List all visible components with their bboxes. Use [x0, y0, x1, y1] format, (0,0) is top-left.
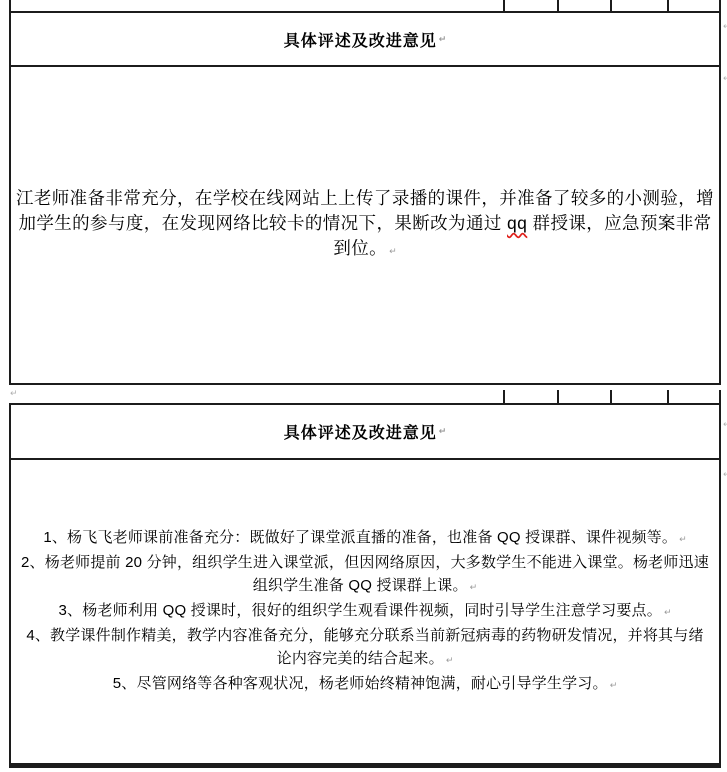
table2-body-line-5: 4、教学课件制作精美，教学内容准备充分，能够充分联系当前新冠病毒的药物研发情况，…	[26, 624, 703, 647]
comment-table-2: 具体评述及改进意见↵ 1、杨飞飞老师课前准备充分：既做好了课堂派直播的准备，也准…	[9, 403, 721, 768]
row-end-mark-icon: ↵	[723, 74, 727, 83]
table2-body-text-5: 4、教学课件制作精美，教学内容准备充分，能够充分联系当前新冠病毒的药物研发情况，…	[26, 627, 703, 644]
column-divider	[610, 0, 612, 11]
column-divider	[557, 390, 559, 403]
paragraph-mark-icon: ↵	[439, 34, 447, 45]
column-divider	[557, 0, 559, 11]
table1-body-text-3: 到位。	[333, 238, 387, 258]
table2-body-text-2: 2、杨老师提前 20 分钟，组织学生进入课堂派，但因网络原因，大多数学生不能进入…	[21, 554, 709, 571]
paragraph-mark-icon: ↵	[679, 534, 687, 544]
row-end-mark-icon: ↵	[723, 22, 727, 31]
table2-body-line-3: 组织学生准备 QQ 授课群上课。↵	[253, 574, 477, 599]
paragraph-mark-icon: ↵	[470, 582, 478, 592]
table2-body-text-4: 3、杨老师利用 QQ 授课时，很好的组织学生观看课件视频，同时引导学生注意学习要…	[59, 602, 662, 619]
paragraph-mark-icon: ↵	[446, 655, 454, 665]
document-page: { "colors": { "border": "#1c1c1c", "text…	[0, 0, 727, 772]
table2-body-line-7: 5、尽管网络等各种客观状况，杨老师始终精神饱满，耐心引导学生学习。↵	[113, 672, 618, 697]
paragraph-mark-icon: ↵	[389, 246, 397, 256]
misspelled-word-qq: qq	[507, 213, 527, 233]
column-divider	[610, 390, 612, 403]
table1-body-line-3: 到位。↵	[333, 236, 396, 264]
table2-body-line-2: 2、杨老师提前 20 分钟，组织学生进入课堂派，但因网络原因，大多数学生不能进入…	[21, 551, 709, 574]
table2-body-text-6: 论内容完美的结合起来。	[277, 650, 444, 667]
column-divider	[667, 390, 669, 403]
table1-top-row-fragment	[11, 0, 719, 13]
column-divider	[503, 390, 505, 403]
table2-right-border-stub	[719, 390, 721, 403]
table2-body-line-1: 1、杨飞飞老师课前准备充分：既做好了课堂派直播的准备，也准备 QQ 授课群、课件…	[43, 526, 686, 551]
table2-header-title: 具体评述及改进意见	[284, 420, 437, 443]
table2-top-row-fragment	[9, 390, 721, 403]
paragraph-mark-icon: ↵	[439, 426, 447, 437]
row-end-mark-icon: ↵	[723, 470, 727, 479]
table1-body-line-2: 加学生的参与度，在发现网络比较卡的情况下，果断改为通过 qq 群授课，应急预案非…	[18, 211, 711, 236]
table1-body-text-2a: 加学生的参与度，在发现网络比较卡的情况下，果断改为通过	[18, 213, 507, 233]
table2-body-line-6: 论内容完美的结合起来。↵	[277, 647, 454, 672]
paragraph-mark-icon: ↵	[610, 680, 618, 690]
table1-body-cell[interactable]: 江老师准备非常充分，在学校在线网站上上传了录播的课件，并准备了较多的小测验，增 …	[11, 67, 719, 383]
row-end-mark-icon: ↵	[723, 420, 727, 429]
column-divider	[503, 0, 505, 11]
table2-body-text-1: 1、杨飞飞老师课前准备充分：既做好了课堂派直播的准备，也准备 QQ 授课群、课件…	[43, 529, 677, 546]
table1-body-text-1: 江老师准备非常充分，在学校在线网站上上传了录播的课件，并准备了较多的小测验，增	[16, 188, 714, 208]
table2-body-text-3: 组织学生准备 QQ 授课群上课。	[253, 577, 468, 594]
table1-body-line-1: 江老师准备非常充分，在学校在线网站上上传了录播的课件，并准备了较多的小测验，增	[16, 186, 714, 211]
table2-body-text-7: 5、尽管网络等各种客观状况，杨老师始终精神饱满，耐心引导学生学习。	[113, 675, 608, 692]
comment-table-1: 具体评述及改进意见↵ 江老师准备非常充分，在学校在线网站上上传了录播的课件，并准…	[9, 0, 721, 385]
table2-body-line-4: 3、杨老师利用 QQ 授课时，很好的组织学生观看课件视频，同时引导学生注意学习要…	[59, 599, 672, 624]
table2-body-cell[interactable]: 1、杨飞飞老师课前准备充分：既做好了课堂派直播的准备，也准备 QQ 授课群、课件…	[11, 460, 719, 763]
table1-body-text-2b: 群授课，应急预案非常	[527, 213, 711, 233]
table2-header-cell[interactable]: 具体评述及改进意见↵	[11, 405, 719, 460]
column-divider	[667, 0, 669, 11]
paragraph-mark-icon: ↵	[664, 607, 672, 617]
table1-header-cell[interactable]: 具体评述及改进意见↵	[11, 13, 719, 67]
table1-header-title: 具体评述及改进意见	[284, 28, 437, 51]
